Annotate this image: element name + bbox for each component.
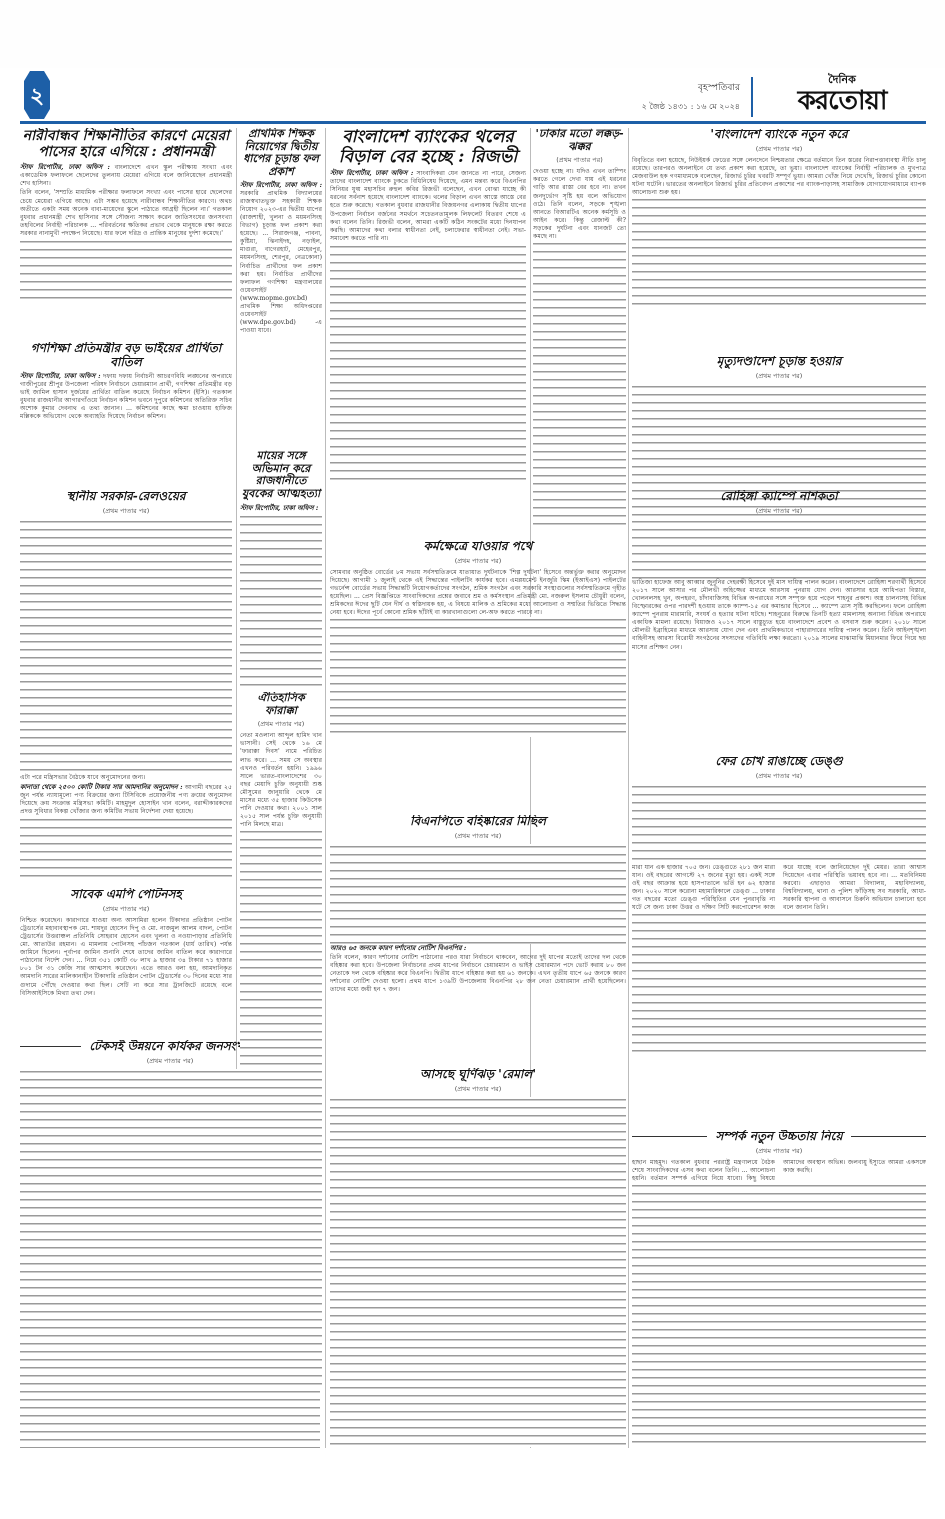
article-bnp-expulsion: বিএনপিতে বহিষ্কারের মিছিল (প্রথম পাতার প… xyxy=(330,815,626,1065)
article-text-lines xyxy=(20,817,232,877)
headline: 'ঢাকার মতো লক্কড়-ঝক্কর xyxy=(533,128,626,153)
article-text-lines xyxy=(632,1183,926,1443)
subhead: আরও ৬৫ জনকে কারণ দর্শানোর নোটিশ বিএনপির … xyxy=(330,944,466,952)
headline: নারীবান্ধব শিক্ষানীতির কারণে মেয়েরা পাস… xyxy=(20,128,232,160)
article-text-lines xyxy=(330,617,626,737)
continued-note: (প্রথম পাতার পর) xyxy=(632,771,926,782)
headline: স্থানীয় সরকার-রেলওয়ের xyxy=(20,490,232,504)
article-education-policy: নারীবান্ধব শিক্ষানীতির কারণে মেয়েরা পাস… xyxy=(20,128,232,338)
continued-note: (প্রথম পাতার পর) xyxy=(632,1146,926,1157)
article-cyclone-remal: আসছে ঘূর্ণিঝড় 'রেমাল' (প্রথম পাতার পর) xyxy=(330,1068,626,1448)
headline: বাংলাদেশ ব্যাংকের থলের বিড়াল বের হচ্ছে … xyxy=(330,128,526,167)
continued-note: (প্রথম পাতার পর) xyxy=(330,831,626,842)
article-dhaka-vehicles: 'ঢাকার মতো লক্কড়-ঝক্কর (প্রথম পাতার পর)… xyxy=(533,128,626,530)
article-text-lines xyxy=(533,241,626,530)
continued-note: (প্রথম পাতার পর) xyxy=(632,506,926,517)
page-number-badge: ২ xyxy=(24,69,50,121)
article-text-lines xyxy=(632,519,926,579)
article-body: স্টাফ রিপোর্টার, ঢাকা অফিস : সাংবাদিকরা … xyxy=(330,169,526,243)
headline: ফের চোখ রাঙাচ্ছে ডেঙ্গু xyxy=(632,755,926,769)
masthead: ২ বৃহস্পতিবার ২ জৈষ্ঠ ১৪৩১ : ১৬ মে ২০২৪ … xyxy=(0,68,945,126)
article-text-lines xyxy=(632,197,926,307)
headline: প্রাথমিক শিক্ষক নিয়োগের দ্বিতীয় ধাপের … xyxy=(240,128,322,179)
headline: সাবেক এমপি পোটনসহ xyxy=(20,888,232,902)
article-relations-new-height: সম্পর্ক নতুন উচ্চতায় নিয়ে (প্রথম পাতার… xyxy=(632,1130,926,1448)
headline: আসছে ঘূর্ণিঝড় 'রেমাল' xyxy=(330,1068,626,1082)
article-text-lines xyxy=(20,519,232,774)
top-scan-margin xyxy=(0,0,945,68)
byline: স্টাফ রিপোর্টার, ঢাকা অফিস : xyxy=(20,163,110,171)
article-youth-suicide: মায়ের সঙ্গে অভিমান করে রাজধানীতে যুবকের… xyxy=(240,450,322,690)
headline: মৃত্যুদণ্ডাদেশ চূড়ান্ত হওয়ার xyxy=(632,355,926,369)
masthead-divider xyxy=(751,77,753,117)
article-rohingya-camp: রোহিঙ্গা ক্যাম্পে নাশকতা (প্রথম পাতার পর… xyxy=(632,490,926,750)
issue-date: ২ জৈষ্ঠ ১৪৩১ : ১৬ মে ২০২৪ xyxy=(642,101,740,114)
subhead: কানাডা থেকে ২৫০০ কোটি টাকার সার আমদানির … xyxy=(20,783,183,791)
logo-prefix: দৈনিক xyxy=(758,74,926,86)
article-text-lines xyxy=(20,239,232,299)
article-body: সোমবার অনুষ্ঠিত বোর্ডের ৮ম সভায় সর্বসম্… xyxy=(330,569,626,618)
article-body: স্টাফ রিপোর্টার, ঢাকা অফিস : বাংলাদেশে এ… xyxy=(20,163,232,238)
article-body: স্টাফ রিপোর্টার, ঢাকা অফিস : সরকারি প্রা… xyxy=(240,181,322,336)
newspaper-page: ২ বৃহস্পতিবার ২ জৈষ্ঠ ১৪৩১ : ১৬ মে ২০২৪ … xyxy=(0,0,945,1519)
continued-note: (প্রথম পাতার পর) xyxy=(20,506,232,517)
article-text-lines xyxy=(240,829,322,1389)
article-bangladesh-bank-new: 'বাংলাদেশ ব্যাংকে নতুন করে (প্রথম পাতার … xyxy=(632,128,926,340)
newspaper-logo: দৈনিক করতোয়া xyxy=(758,74,926,118)
logo-title: করতোয়া xyxy=(758,86,926,116)
continued-note: (প্রথম পাতার পর) xyxy=(20,904,232,915)
article-body: নিশ্চিত করেছেন। কারাগারে যাওয়া অন্য আসা… xyxy=(20,917,232,998)
column-divider xyxy=(325,128,326,1448)
article-text-lines xyxy=(330,844,626,944)
continued-note: (প্রথম পাতার পর) xyxy=(330,556,626,567)
article-text-lines xyxy=(240,514,322,690)
article-candidacy-cancelled: গণশিক্ষা প্রতিমন্ত্রীর বড় ভাইয়ের প্রার… xyxy=(20,342,232,470)
headline: টেকসই উন্নয়নে কার্যকর জনসংখ্যা xyxy=(89,1040,250,1054)
svg-text:২: ২ xyxy=(30,84,44,109)
article-local-govt-railway: স্থানীয় সরকার-রেলওয়ের (প্রথম পাতার পর)… xyxy=(20,490,232,888)
headline: কর্মক্ষেত্রে যাওয়ার পথে xyxy=(330,540,626,554)
continued-note: (প্রথম পাতার পর) xyxy=(533,155,626,166)
continued-note: (প্রথম পাতার পর) xyxy=(632,371,926,382)
headline: রোহিঙ্গা ক্যাম্পে নাশকতা xyxy=(632,490,926,504)
article-body: এটা পরে মন্ত্রিসভার বৈঠকে যাবে অনুমোদনের… xyxy=(20,774,232,816)
headline: ঐতিহাসিক ফারাক্কা xyxy=(240,692,322,717)
dateline: বৃহস্পতিবার ২ জৈষ্ঠ ১৪৩১ : ১৬ মে ২০২৪ xyxy=(642,80,740,114)
continued-note: (প্রথম পাতার পর) xyxy=(330,1084,626,1095)
article-ex-mp-poton: সাবেক এমপি পোটনসহ (প্রথম পাতার পর) নিশ্চ… xyxy=(20,888,232,1038)
article-dengue: ফের চোখ রাঙাচ্ছে ডেঙ্গু (প্রথম পাতার পর)… xyxy=(632,755,926,1125)
weekday: বৃহস্পতিবার xyxy=(642,80,740,95)
headline: 'বাংলাদেশ ব্যাংকে নতুন করে xyxy=(632,128,926,142)
column-divider xyxy=(628,128,629,1448)
article-body: নেতা মওলানা আব্দুল হামিদ খান ভাসানী। সেই… xyxy=(240,732,322,829)
headline: সম্পর্ক নতুন উচ্চতায় নিয়ে xyxy=(715,1130,842,1144)
article-workplace-commute: কর্মক্ষেত্রে যাওয়ার পথে (প্রথম পাতার পর… xyxy=(330,540,626,770)
article-farakka: ঐতিহাসিক ফারাক্কা (প্রথম পাতার পর) নেতা … xyxy=(240,692,322,1448)
masthead-rule xyxy=(20,121,926,124)
article-body: ভাতিজা হাফেজ আবু আব্বার জুনুনির দেহরক্ষী… xyxy=(632,579,926,652)
article-body: আরও ৬৫ জনকে কারণ দর্শানোর নোটিশ বিএনপির … xyxy=(330,944,626,995)
article-text-lines xyxy=(632,784,926,864)
article-text-lines xyxy=(330,1097,626,1447)
article-bangladesh-bank-rizvi: বাংলাদেশ ব্যাংকের থলের বিড়াল বের হচ্ছে … xyxy=(330,128,526,530)
headline: মায়ের সঙ্গে অভিমান করে রাজধানীতে যুবকের… xyxy=(240,450,322,501)
continued-note: (প্রথম পাতার পর) xyxy=(240,719,322,730)
article-teacher-recruitment: প্রাথমিক শিক্ষক নিয়োগের দ্বিতীয় ধাপের … xyxy=(240,128,322,446)
article-body: স্টাফ রিপোর্টার, ঢাকা অফিস : দফায় দফায়… xyxy=(20,372,232,422)
headline-row: সম্পর্ক নতুন উচ্চতায় নিয়ে xyxy=(632,1130,926,1144)
article-body: হাছান মাহমুদ। গতকাল বুধবার পররাষ্ট্র মন্… xyxy=(632,1159,926,1183)
article-text-lines xyxy=(330,244,526,484)
continued-note: (প্রথম পাতার পর) xyxy=(632,144,926,155)
headline: বিএনপিতে বহিষ্কারের মিছিল xyxy=(330,815,626,829)
headline: গণশিক্ষা প্রতিমন্ত্রীর বড় ভাইয়ের প্রার… xyxy=(20,342,232,370)
article-text-lines xyxy=(632,912,926,1052)
bottom-scan-margin xyxy=(0,1452,945,1519)
page-number-hexagon-icon: ২ xyxy=(24,69,50,121)
byline: স্টাফ রিপোর্টার, ঢাকা অফিস : xyxy=(20,372,101,380)
article-body: বিবৃতিতে বলা হয়েছে, নিউইয়র্ক ফেডের সঙ্… xyxy=(632,157,926,197)
article-body: দেওয়া হচ্ছে না। যদিও এখন তাম্পিং করতে গ… xyxy=(533,168,626,241)
byline: স্টাফ রিপোর্টার, ঢাকা অফিস : xyxy=(240,181,322,189)
byline: স্টাফ রিপোর্টার, ঢাকা অফিস : xyxy=(240,503,322,514)
byline: স্টাফ রিপোর্টার, ঢাকা অফিস : xyxy=(330,169,413,177)
article-body: মারা যান এক হাজার ৭০৫ জন। ডেঙ্গুতে ২৮১ জ… xyxy=(632,864,926,913)
